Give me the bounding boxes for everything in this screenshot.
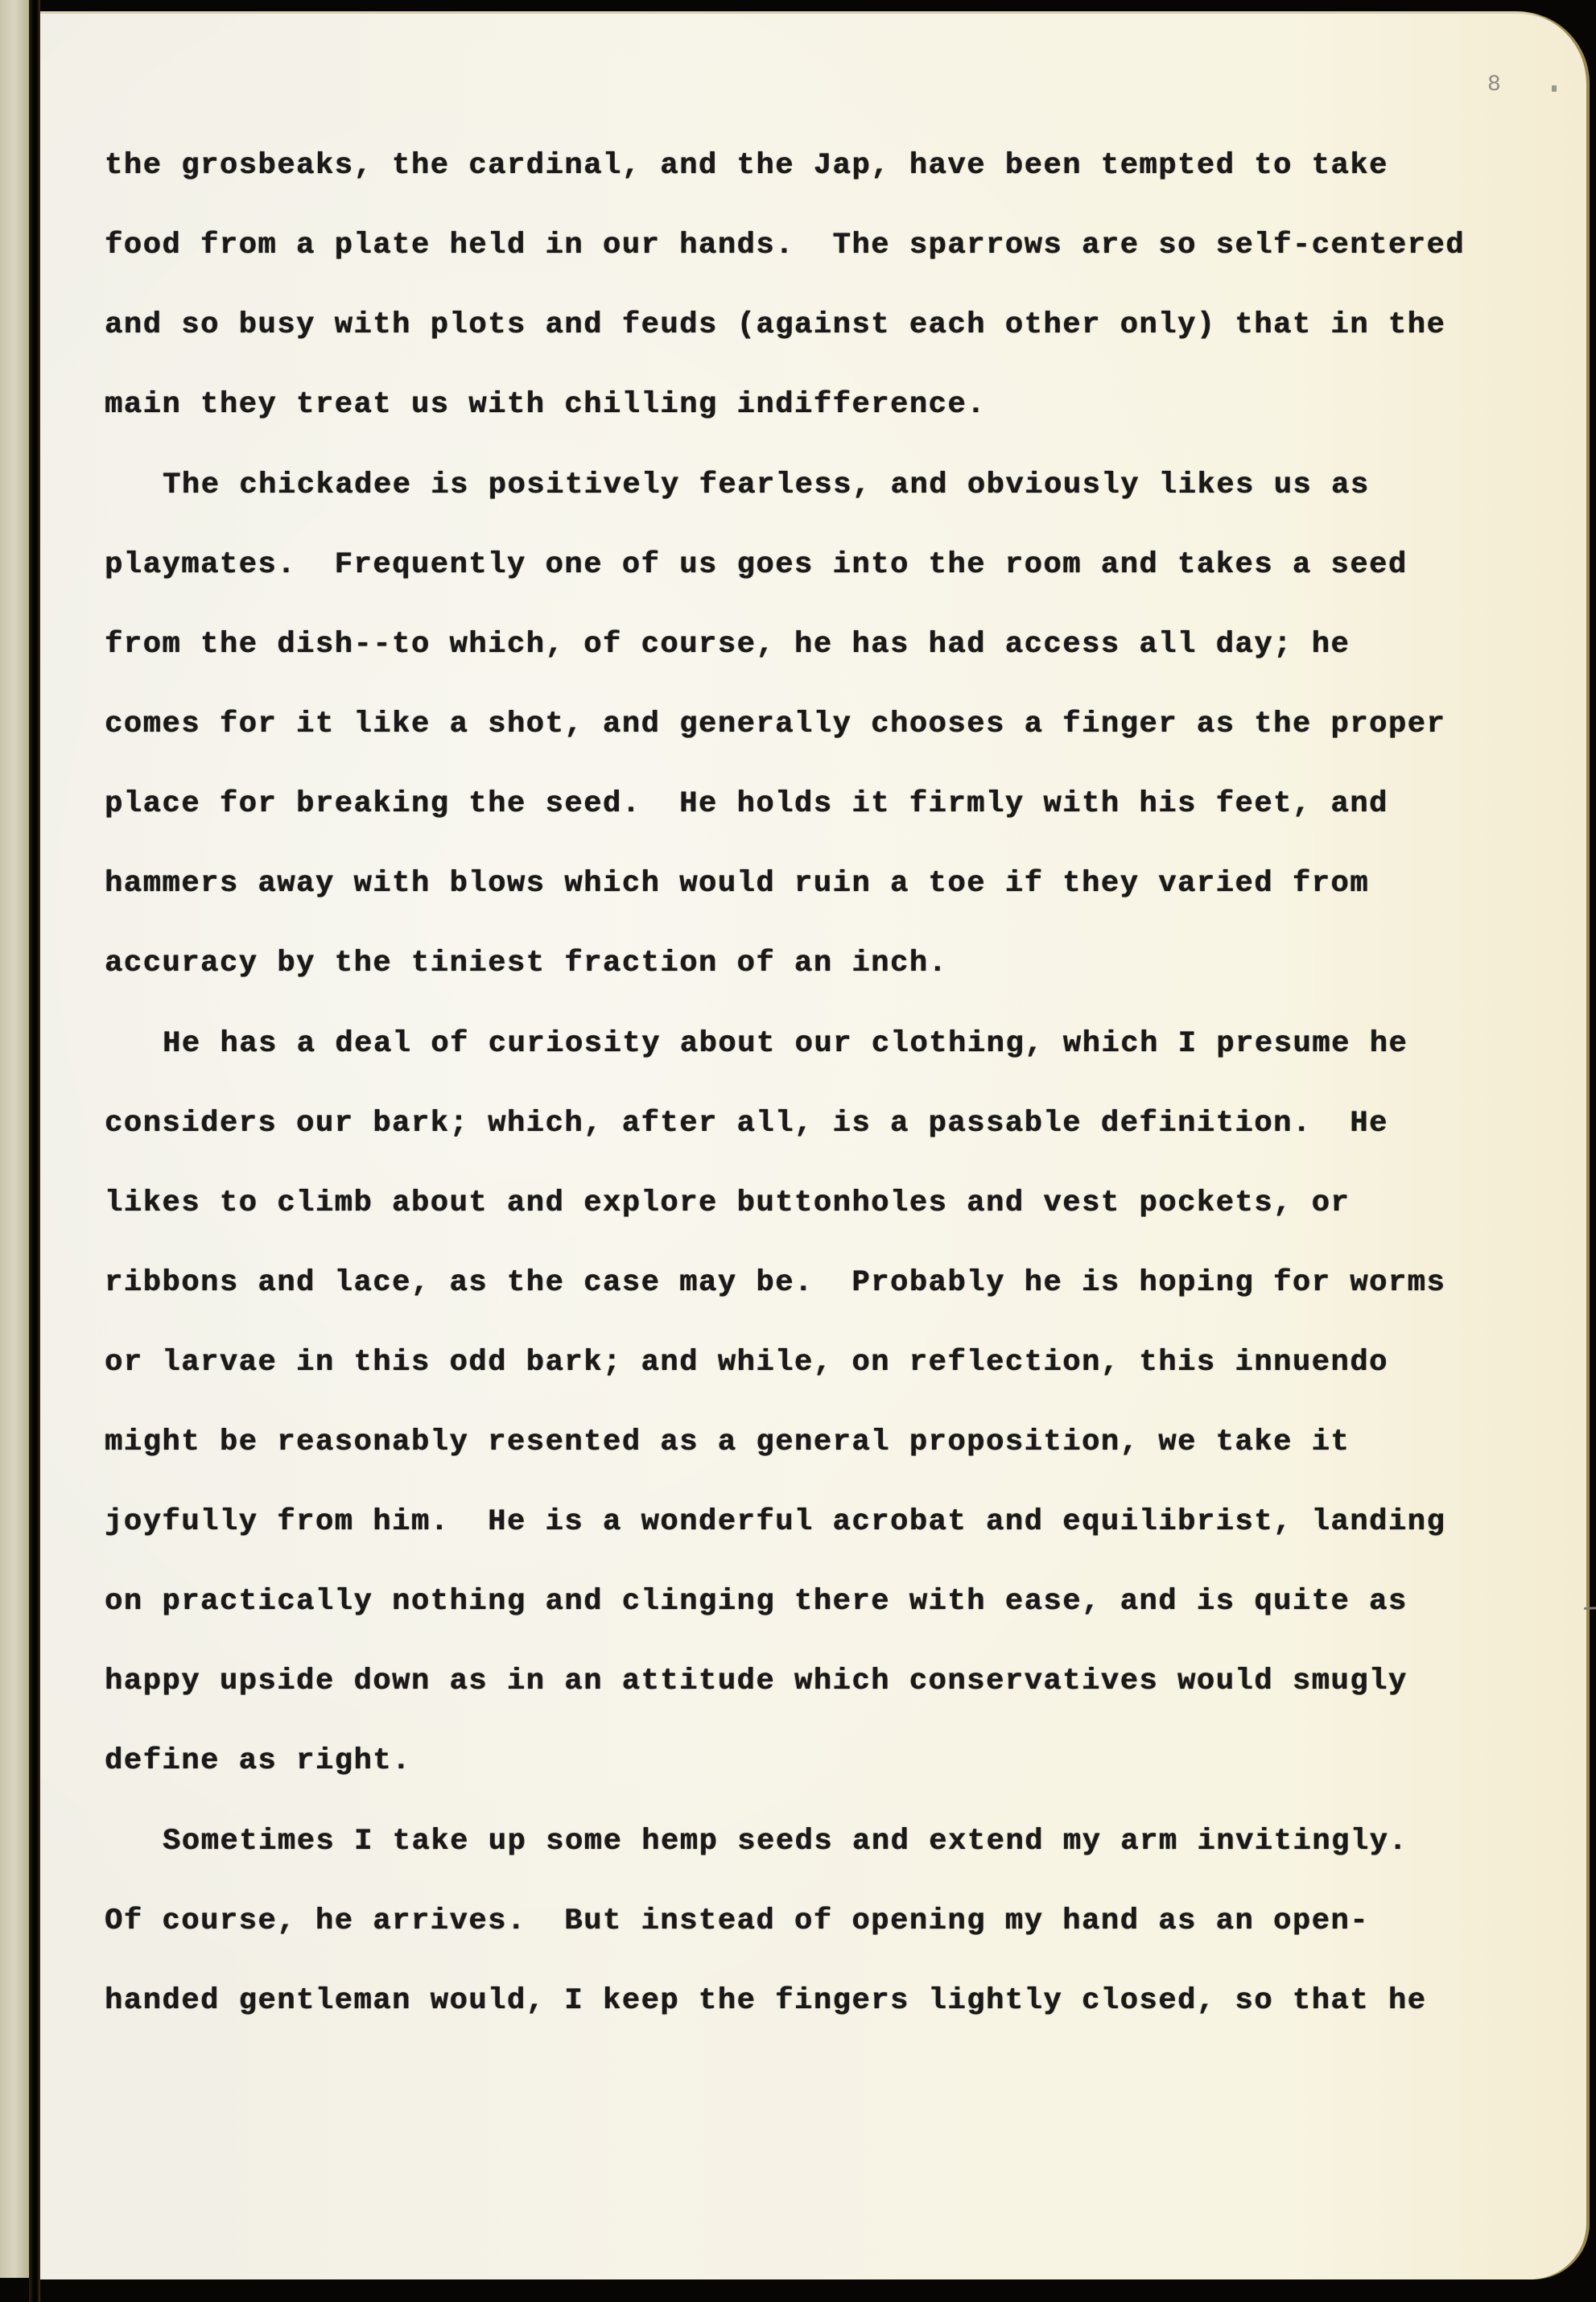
text-line: define as right. <box>105 1743 411 1779</box>
pencil-margin-mark-icon <box>1584 1606 1596 1610</box>
text-line: or larvae in this odd bark; and while, o… <box>105 1345 1388 1380</box>
paragraph-start-line: The chickadee is positively fearless, an… <box>105 468 1370 503</box>
text-line: comes for it like a shot, and generally … <box>105 707 1445 742</box>
text-line: handed gentleman would, I keep the finge… <box>105 1983 1426 2019</box>
binding-gutter <box>29 0 40 2302</box>
text-line: hammers away with blows which would ruin… <box>105 866 1369 901</box>
text-line: the grosbeaks, the cardinal, and the Jap… <box>105 148 1388 184</box>
text-line: place for breaking the seed. He holds it… <box>105 786 1388 822</box>
text-line: likes to climb about and explore buttonh… <box>105 1186 1350 1221</box>
text-line: accuracy by the tiniest fraction of an i… <box>105 946 947 981</box>
text-line: on practically nothing and clinging ther… <box>105 1584 1408 1619</box>
text-line: playmates. Frequently one of us goes int… <box>105 547 1408 583</box>
previous-page-edge <box>0 0 29 2278</box>
typewritten-page: 8 the grosbeaks, the cardinal, and the J… <box>40 11 1590 2279</box>
text-line: joyfully from him. He is a wonderful acr… <box>105 1504 1445 1540</box>
text-line: Of course, he arrives. But instead of op… <box>105 1904 1369 1939</box>
text-line: might be reasonably resented as a genera… <box>105 1425 1350 1460</box>
text-line: from the dish--to which, of course, he h… <box>105 627 1350 662</box>
page-number: 8 <box>1487 72 1501 97</box>
page-tick-mark <box>1552 85 1557 92</box>
text-line: main they treat us with chilling indiffe… <box>105 387 986 423</box>
text-line: and so busy with plots and feuds (agains… <box>105 307 1445 343</box>
text-line: happy upside down as in an attitude whic… <box>105 1664 1408 1699</box>
text-line: ribbons and lace, as the case may be. Pr… <box>105 1265 1445 1301</box>
paragraph-start-line: He has a deal of curiosity about our clo… <box>105 1026 1408 1062</box>
paragraph-start-line: Sometimes I take up some hemp seeds and … <box>105 1824 1408 1859</box>
text-line: food from a plate held in our hands. The… <box>105 228 1465 263</box>
text-line: considers our bark; which, after all, is… <box>105 1106 1388 1141</box>
